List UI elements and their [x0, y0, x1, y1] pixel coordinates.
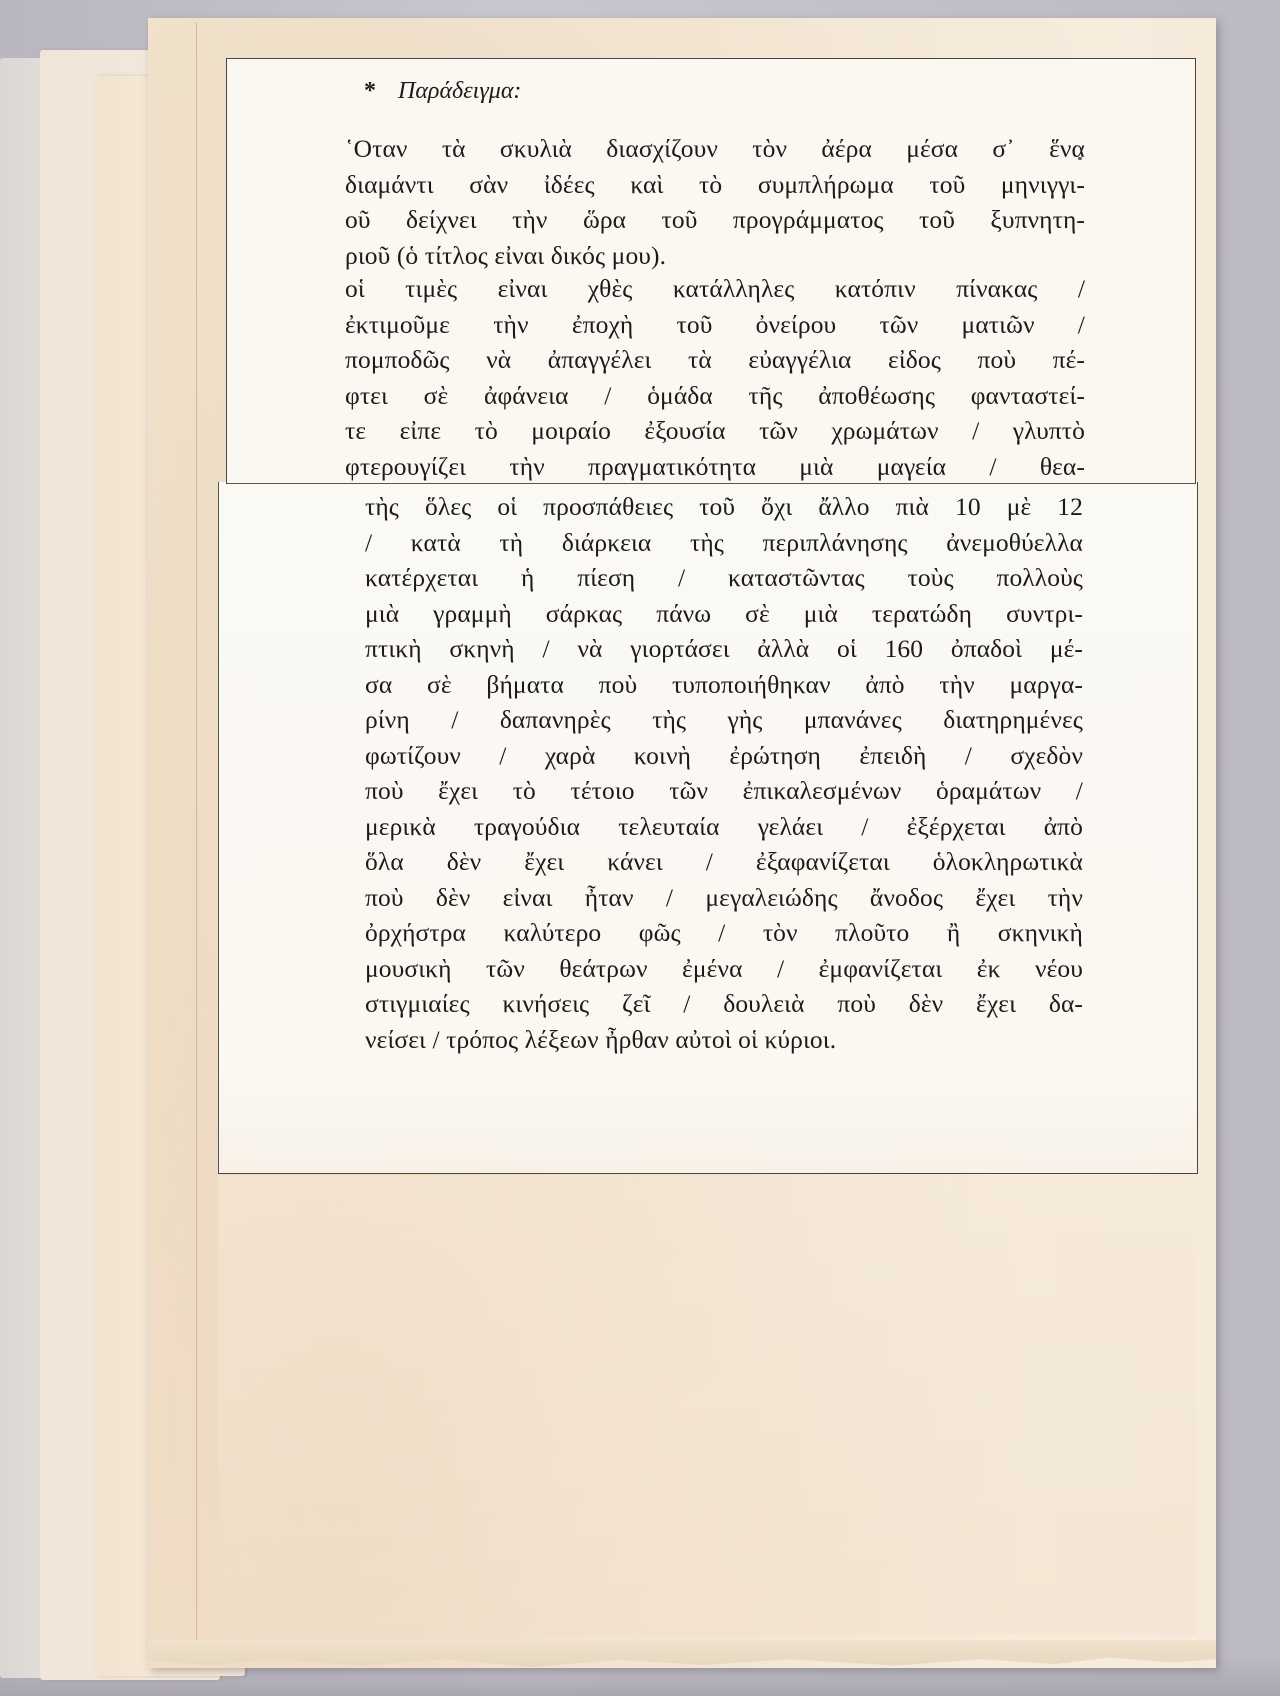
glue-stain-area — [218, 1175, 1196, 1635]
page-crease — [196, 22, 197, 1662]
text-line: σα σὲ βήματα ποὺ τυποποιήθηκαν ἀπὸ τὴν μ… — [365, 667, 1083, 703]
text-line: ποὺ δὲν εἰναι ἦταν / μεγαλειώδης ἄνοδος … — [365, 880, 1083, 916]
text-line: ῾Οταν τὰ σκυλιὰ διασχίζουν τὸν ἀέρα μέσα… — [345, 131, 1085, 167]
text-line: φτει σὲ ἀφάνεια / ὁμάδα τῆς ἀποθέωσης φα… — [345, 378, 1085, 414]
text-line: διαμάντι σὰν ἰδέες καὶ τὸ συμπλήρωμα τοῦ… — [345, 167, 1085, 203]
text-line: κατέρχεται ἡ πίεση / καταστῶντας τοὺς πο… — [365, 560, 1083, 596]
text-line: οἱ τιμὲς εἰναι χθὲς κατάλληλες κατόπιν π… — [345, 271, 1085, 307]
asterisk-bullet: * — [364, 78, 376, 104]
text-line: μερικὰ τραγούδια τελευταία γελάει / ἐξέρ… — [365, 809, 1083, 845]
text-line: ριοῦ (ὁ τίτλος εἰναι δικός μου). — [345, 238, 1085, 274]
text-line: ρίνη / δαπανηρὲς τὴς γὴς μπανάνες διατηρ… — [365, 702, 1083, 738]
example-heading: * Παράδειγμα: — [364, 78, 521, 105]
text-line: στιγμιαίες κινήσεις ζεῖ / δουλειὰ ποὺ δὲ… — [365, 986, 1083, 1022]
paragraph-intro: ῾Οταν τὰ σκυλιὰ διασχίζουν τὸν ἀέρα μέσα… — [345, 131, 1085, 273]
text-line: φωτίζουν / χαρὰ κοινὴ ἐρώτηση ἐπειδὴ / σ… — [365, 738, 1083, 774]
text-line: ὀρχήστρα καλύτερο φῶς / τὸν πλοῦτο ἢ σκη… — [365, 915, 1083, 951]
paragraph-poem-top: οἱ τιμὲς εἰναι χθὲς κατάλληλες κατόπιν π… — [345, 271, 1085, 484]
text-line: πτικὴ σκηνὴ / νὰ γιορτάσει ἀλλὰ οἱ 160 ὀ… — [365, 631, 1083, 667]
text-line: τὴς ὅλες οἱ προσπάθειες τοῦ ὄχι ἄλλο πιὰ… — [365, 489, 1083, 525]
text-line: φτερουγίζει τὴν πραγματικότητα μιὰ μαγεί… — [345, 449, 1085, 485]
heading-title: Παράδειγμα: — [398, 78, 521, 104]
text-line: ποὺ ἔχει τὸ τέτοιο τῶν ἐπικαλεσμένων ὁρα… — [365, 773, 1083, 809]
text-line: μιὰ γραμμὴ σάρκας πάνω σὲ μιὰ τερατώδη σ… — [365, 596, 1083, 632]
text-line: νείσει / τρόπος λέξεων ἦρθαν αὐτοὶ οἱ κύ… — [365, 1022, 1083, 1058]
text-line: τε εἰπε τὸ μοιραίο ἐξουσία τῶν χρωμάτων … — [345, 413, 1085, 449]
text-line: οῦ δείχνει τὴν ὥρα τοῦ προγράμματος τοῦ … — [345, 202, 1085, 238]
text-line: μουσικὴ τῶν θεάτρων ἐμένα / ἐμφανίζεται … — [365, 951, 1083, 987]
text-line: / κατὰ τὴ διάρκεια τὴς περιπλάνησης ἀνεμ… — [365, 525, 1083, 561]
text-line: ἐκτιμοῦμε τὴν ἐποχὴ τοῦ ὀνείρου τῶν ματι… — [345, 307, 1085, 343]
paragraph-poem-bottom: τὴς ὅλες οἱ προσπάθειες τοῦ ὄχι ἄλλο πιὰ… — [365, 489, 1083, 1057]
text-line: πομποδῶς νὰ ἀπαγγέλει τὰ εὐαγγέλια εἰδος… — [345, 342, 1085, 378]
text-line: ὅλα δὲν ἔχει κάνει / ἐξαφανίζεται ὁλοκλη… — [365, 844, 1083, 880]
